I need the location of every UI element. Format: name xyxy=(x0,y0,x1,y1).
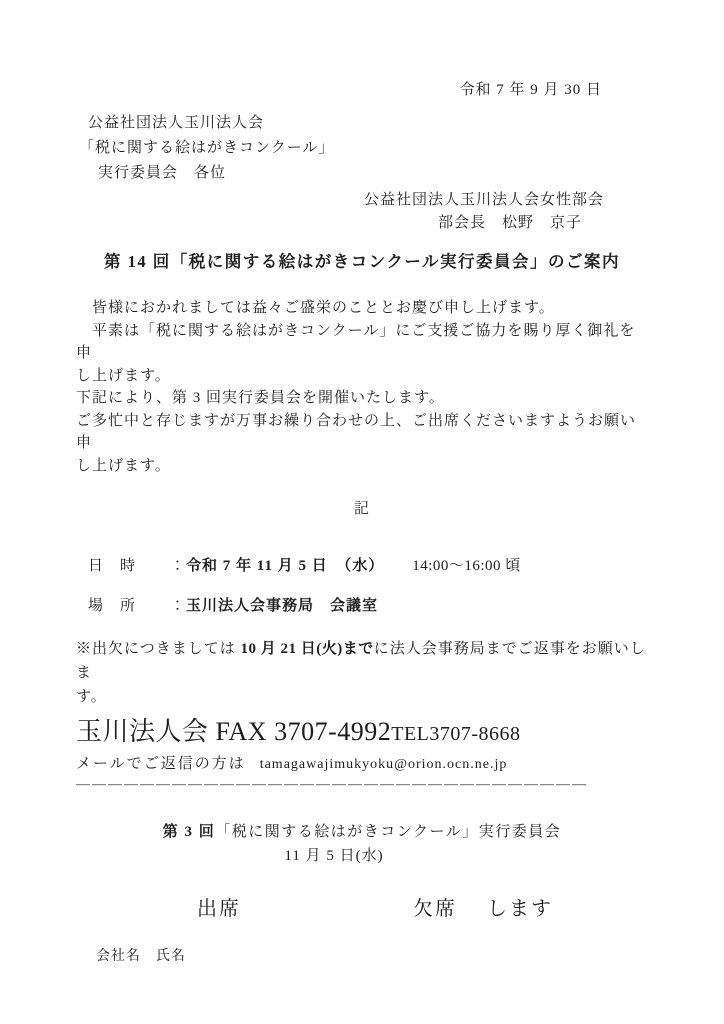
datetime-value: 令和 7 年 11 月 5 日 （水） xyxy=(186,558,384,574)
letter-body: 皆様におかれましては益々ご盛栄のこととお慶び申し上げます。 平素は「税に関する絵… xyxy=(76,297,648,477)
place-value: 玉川法人会事務局 会議室 xyxy=(186,598,378,614)
body-line: 下記により、第 3 回実行委員会を開催いたします。 xyxy=(76,387,648,410)
place-label: 場 所 xyxy=(88,594,170,619)
body-line: ご多忙中と存じますが万事お繰り合わせの上、ご出席くださいますようお願い申 xyxy=(76,410,648,455)
rsvp-note-line2: す。 xyxy=(76,685,648,709)
datetime-label: 日 時 xyxy=(88,554,170,579)
datetime-time: 14:00～16:00 頃 xyxy=(412,558,521,574)
rsvp-note: ※出欠につきましては 10 月 21 日(火)までに法人会事務局までご返事をお願… xyxy=(76,637,648,709)
detail-datetime: 日 時：令和 7 年 11 月 5 日 （水）14:00～16:00 頃 xyxy=(76,554,648,579)
attendance-row: 出席欠席します xyxy=(76,896,648,922)
company-name-label: 会社名 氏名 xyxy=(96,947,648,967)
reply-form-title: 第 3 回「税に関する絵はがきコンクール」実行委員会 xyxy=(76,820,648,844)
addressee-block: 公益社団法人玉川法人会 「税に関する絵はがきコンクール」 実行委員会 各位 xyxy=(76,111,648,186)
cutoff-dashed-line: ———————————————————————————————— xyxy=(76,776,648,794)
email-address: tamagawajimukyoku@orion.ocn.ne.jp xyxy=(260,757,508,772)
mail-label: メールでご返信の方は xyxy=(76,756,246,772)
reply-form-title-no: 第 3 回 xyxy=(163,824,216,840)
letter-content: 令和 7 年 9 月 30 日 公益社団法人玉川法人会 「税に関する絵はがきコン… xyxy=(76,0,648,967)
place-colon: ： xyxy=(170,598,186,614)
attendance-suffix: します xyxy=(487,898,553,920)
body-line: し上げます。 xyxy=(76,455,648,478)
issuer-block: 公益社団法人玉川法人会女性部会 部会長 松野 京子 xyxy=(76,189,648,235)
rsvp-note-pre: ※出欠につきましては xyxy=(76,641,240,657)
body-line: 平素は「税に関する絵はがきコンクール」にご支援ご協力を賜り厚く御礼を申 xyxy=(76,320,648,365)
attend-option: 出席 xyxy=(197,898,241,920)
issuer-person: 部会長 松野 京子 xyxy=(438,212,648,235)
detail-place: 場 所：玉川法人会事務局 会議室 xyxy=(76,594,648,619)
reply-form-date: 11 月 5 日(水) xyxy=(48,844,620,868)
contact-fax-line: 玉川法人会 FAX 3707-4992TEL3707-8668 xyxy=(76,715,648,753)
issuer-org: 公益社団法人玉川法人会女性部会 xyxy=(364,189,648,212)
reply-form-title-rest: 「税に関する絵はがきコンクール」実行委員会 xyxy=(215,824,561,840)
tel-number: TEL3707-8668 xyxy=(391,723,520,745)
addressee-contest: 「税に関する絵はがきコンクール」 xyxy=(79,136,648,161)
body-line: し上げます。 xyxy=(76,365,648,388)
letter-title: 第 14 回「税に関する絵はがきコンクール実行委員会」のご案内 xyxy=(76,249,648,275)
issue-date: 令和 7 年 9 月 30 日 xyxy=(76,0,648,103)
record-marker: 記 xyxy=(76,497,648,522)
contact-mail-line: メールでご返信の方はtamagawajimukyoku@orion.ocn.ne… xyxy=(76,753,648,776)
rsvp-deadline: 10 月 21 日(火)まで xyxy=(240,641,373,657)
rsvp-note-line1: ※出欠につきましては 10 月 21 日(火)までに法人会事務局までご返事をお願… xyxy=(76,637,648,685)
addressee-org: 公益社団法人玉川法人会 xyxy=(88,111,648,136)
body-line: 皆様におかれましては益々ご盛栄のこととお慶び申し上げます。 xyxy=(76,297,648,320)
letter-page: 令和 7 年 9 月 30 日 公益社団法人玉川法人会 「税に関する絵はがきコン… xyxy=(0,0,724,1024)
addressee-committee: 実行委員会 各位 xyxy=(98,161,648,186)
absent-option: 欠席 xyxy=(413,898,457,920)
fax-number: 玉川法人会 FAX 3707-4992 xyxy=(76,717,391,746)
datetime-colon: ： xyxy=(170,558,186,574)
